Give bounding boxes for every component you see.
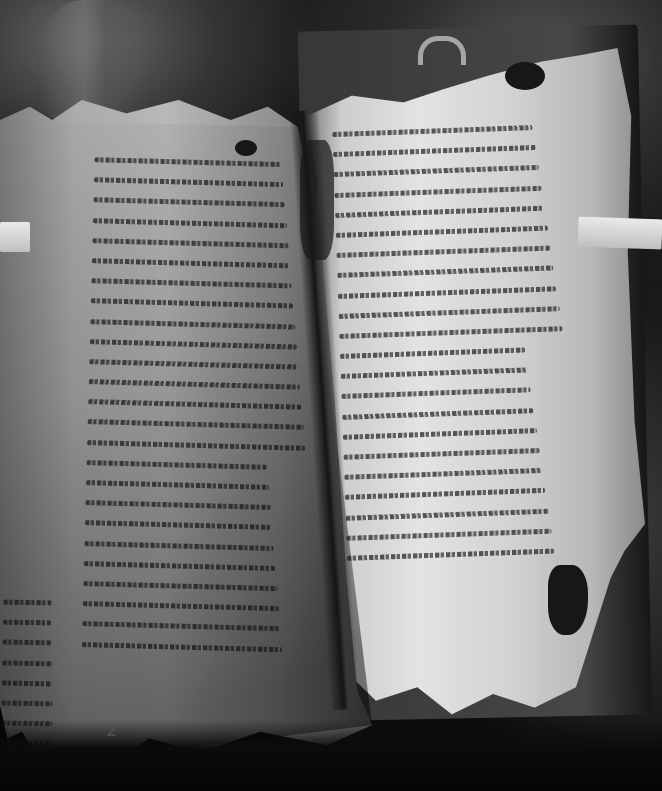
handwritten-text-line xyxy=(2,700,53,706)
handwritten-text-line xyxy=(347,549,554,561)
handwritten-text-line xyxy=(94,177,283,187)
handwritten-text-line xyxy=(83,581,277,591)
handwritten-text-line xyxy=(343,428,537,440)
handwritten-text-line xyxy=(86,500,271,510)
cloth-background xyxy=(40,0,150,120)
handwritten-text-line xyxy=(333,145,536,157)
handwritten-text-line xyxy=(344,448,540,460)
papyrus-hole xyxy=(505,62,545,90)
handwritten-text-line xyxy=(337,246,551,258)
handwritten-text-line xyxy=(336,226,548,238)
handwritten-text-line xyxy=(340,348,525,359)
papyrus-hole xyxy=(235,140,257,156)
handwritten-text-line xyxy=(342,408,533,420)
handwritten-text-line xyxy=(93,218,287,228)
handwritten-text-line xyxy=(2,660,52,666)
handwritten-text-line xyxy=(84,541,273,551)
handwritten-text-line xyxy=(334,165,539,177)
handwritten-text-line xyxy=(89,359,298,369)
papyrus-tear xyxy=(548,565,588,635)
handwritten-text-line xyxy=(3,620,51,626)
handwritten-text-line xyxy=(90,339,297,349)
handwritten-text-line xyxy=(3,640,52,646)
binding-strap-ring xyxy=(418,36,466,65)
handwritten-text-line xyxy=(339,326,562,339)
handwritten-text-line xyxy=(82,621,280,631)
handwritten-text-line xyxy=(335,205,544,217)
handwritten-text-line xyxy=(3,600,51,606)
dark-foreground xyxy=(0,720,662,791)
right-leather-tab xyxy=(578,217,662,250)
handwritten-text-line xyxy=(344,468,542,480)
handwritten-text-line xyxy=(341,388,530,400)
left-leather-tab xyxy=(0,222,30,252)
handwritten-text-line xyxy=(339,306,560,319)
handwritten-text-line xyxy=(346,528,551,540)
right-page-text-block xyxy=(332,124,572,576)
handwritten-text-line xyxy=(338,286,556,299)
blue-number-marker: 2 xyxy=(106,722,117,740)
handwritten-text-line xyxy=(92,258,290,268)
handwritten-text-line xyxy=(87,440,305,451)
handwritten-text-line xyxy=(82,642,282,652)
handwritten-text-line xyxy=(86,480,269,490)
handwritten-text-line xyxy=(90,319,295,329)
handwritten-text-line xyxy=(341,368,528,380)
handwritten-text-line xyxy=(334,185,541,197)
handwritten-text-line xyxy=(345,488,545,500)
handwritten-text-line xyxy=(91,298,293,308)
handwritten-text-line xyxy=(88,420,304,431)
handwritten-text-line xyxy=(88,399,301,410)
gutter-damage xyxy=(300,140,334,260)
codex-photograph: 2 xyxy=(0,0,662,791)
handwritten-text-line xyxy=(85,520,272,530)
handwritten-text-line xyxy=(337,266,553,279)
handwritten-text-line xyxy=(93,198,284,208)
left-page-text-block xyxy=(81,157,314,667)
handwritten-text-line xyxy=(84,561,275,571)
handwritten-text-line xyxy=(346,508,549,520)
handwritten-text-line xyxy=(2,680,52,686)
handwritten-text-line xyxy=(92,238,288,248)
handwritten-text-line xyxy=(87,460,267,470)
handwritten-text-line xyxy=(89,379,300,390)
handwritten-text-line xyxy=(91,278,291,288)
handwritten-text-line xyxy=(83,601,279,611)
